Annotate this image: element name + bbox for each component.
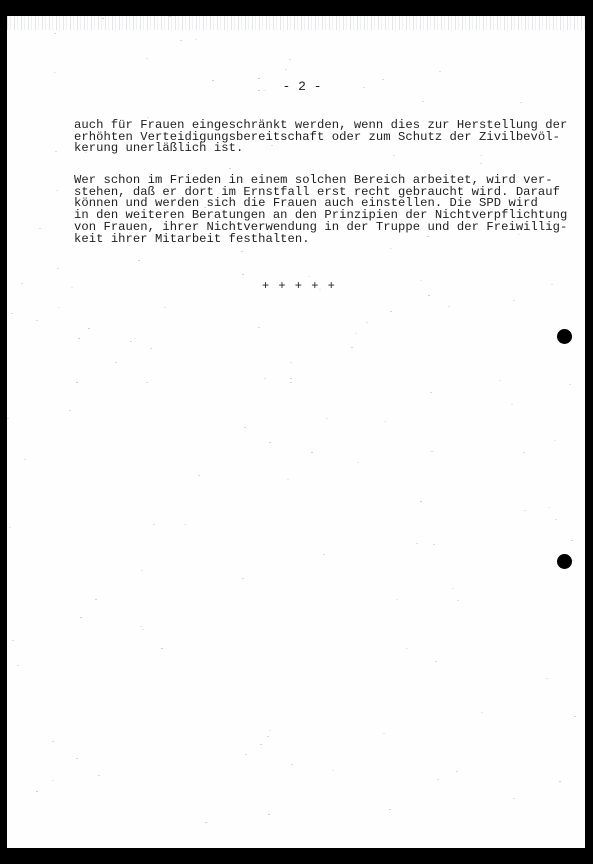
scan-speck [80,617,82,618]
scan-speck [351,347,353,348]
scan-speck [287,206,289,207]
scan-speck [308,276,310,277]
scan-speck [289,59,291,60]
scan-speck [85,152,87,153]
scan-speck [76,758,78,759]
scan-speck [244,427,246,428]
scan-speck [520,102,522,103]
scan-speck [268,814,270,815]
scan-speck [102,18,104,19]
scan-speck [511,404,513,405]
scan-speck [245,754,247,755]
scan-speck [195,39,197,40]
scan-speck [319,289,321,290]
scan-speck [95,599,97,600]
scan-speck [452,588,454,589]
scan-speck [379,128,381,129]
scan-speck [290,382,292,383]
scan-speck [52,780,54,781]
scan-speck [435,661,437,662]
scan-speck [480,155,482,156]
scan-speck [130,341,132,342]
scan-speck [571,540,573,541]
scan-speck [146,58,148,59]
scan-speck [7,418,9,419]
scan-speck [229,168,231,169]
end-separator: + + + + + [262,279,336,293]
scan-speck [382,79,384,80]
scan-speck [326,418,328,419]
scan-speck [290,378,292,379]
scan-speck [428,295,430,296]
scan-speck [142,629,144,630]
scan-speck [138,260,140,261]
page-number: - 2 - [262,79,342,94]
scan-speck [323,554,325,555]
scan-speck [513,300,515,301]
scan-speck [258,327,260,328]
scan-speck [285,69,287,70]
scan-speck [420,501,422,502]
scan-speck [52,741,54,742]
scan-speck [57,268,59,269]
scan-speck [12,640,14,641]
scan-speck [258,78,260,79]
scan-speck [204,207,206,208]
scan-noise [7,16,585,30]
scan-speck [420,280,422,281]
scan-speck [212,80,214,81]
scan-speck [242,578,244,579]
scan-speck [433,544,435,545]
scan-speck [264,90,266,91]
scan-speck [437,779,439,780]
scan-speck [11,313,13,314]
scan-speck [406,648,408,649]
scan-speck [430,392,432,393]
scan-speck [264,378,266,379]
scan-speck [480,163,482,164]
scan-speck [198,475,200,476]
scan-speck [448,306,450,307]
scan-speck [147,117,149,118]
scan-speck [274,119,276,120]
scan-speck [524,510,526,511]
scan-speck [242,274,244,275]
scan-speck [88,328,90,329]
scan-speck [551,284,553,285]
scan-speck [396,599,398,600]
scan-speck [58,307,60,308]
paragraph-1: auch für Frauen eingeschränkt werden, we… [74,120,567,155]
scan-speck [17,665,19,666]
scan-speck [54,33,56,34]
scan-speck [366,322,368,323]
scan-speck [141,570,143,571]
scan-speck [71,287,73,288]
scan-speck [390,248,392,249]
scan-speck [36,791,38,792]
scan-speck [357,462,359,463]
scan-speck [271,145,273,146]
scan-speck [290,362,292,363]
scan-speck [355,333,357,334]
scan-speck [55,151,57,152]
scan-speck [153,524,155,525]
scan-speck [146,382,148,383]
scan-speck [76,382,78,383]
scan-speck [574,716,576,717]
scan-speck [439,71,441,72]
scan-speck [332,770,334,771]
scan-speck [554,440,556,441]
scan-speck [89,137,91,138]
scan-speck [258,90,260,91]
scan-speck [383,733,385,734]
scan-speck [390,311,392,312]
scan-speck [427,236,429,237]
scan-speck [363,87,365,88]
scan-speck [269,442,271,443]
scan-speck [431,451,433,452]
scan-speck [24,459,26,460]
scan-speck [393,155,395,156]
paragraph-2: Wer schon im Frieden in einem solchen Be… [74,175,567,245]
scan-speck [332,194,334,195]
scan-speck [548,507,550,508]
punch-hole-lower [557,554,572,569]
scan-speck [389,809,391,810]
scan-speck [183,216,185,217]
scan-speck [205,822,207,823]
scan-speck [134,338,136,339]
scan-speck [518,234,520,235]
scan-speck [523,452,525,453]
scan-speck [341,125,343,126]
scan-speck [56,190,58,191]
punch-hole-upper [557,329,572,344]
scan-speck [169,16,171,17]
scan-speck [78,338,80,339]
scan-speck [311,452,313,453]
scan-speck [456,771,458,772]
scan-speck [422,101,424,102]
scan-speck [569,384,571,385]
scan-speck [260,744,262,745]
scan-speck [287,479,289,480]
scan-speck [115,362,117,363]
scan-speck [241,251,243,252]
scan-speck [39,228,41,229]
scan-speck [150,348,152,349]
document-page: - 2 - auch für Frauen eingeschränkt werd… [7,16,585,848]
scan-speck [54,72,56,73]
scan-speck [481,712,483,713]
scan-speck [140,626,142,627]
scan-speck [269,730,271,731]
scan-speck [161,648,163,649]
scan-speck [559,781,561,782]
scan-speck [69,410,71,411]
scan-speck [513,798,515,799]
scan-speck [98,775,100,776]
scan-speck [555,519,557,520]
scan-speck [499,380,501,381]
scan-speck [572,560,574,561]
scan-speck [272,223,274,224]
scan-speck [184,524,186,525]
scan-speck [9,527,11,528]
scan-speck [180,40,182,41]
scan-speck [36,320,38,321]
scan-speck [267,736,269,737]
scan-speck [546,678,548,679]
scan-speck [457,600,459,601]
scan-speck [416,543,418,544]
scan-speck [291,764,293,765]
scan-speck [384,421,386,422]
scan-speck [164,307,166,308]
scan-speck [21,283,23,284]
